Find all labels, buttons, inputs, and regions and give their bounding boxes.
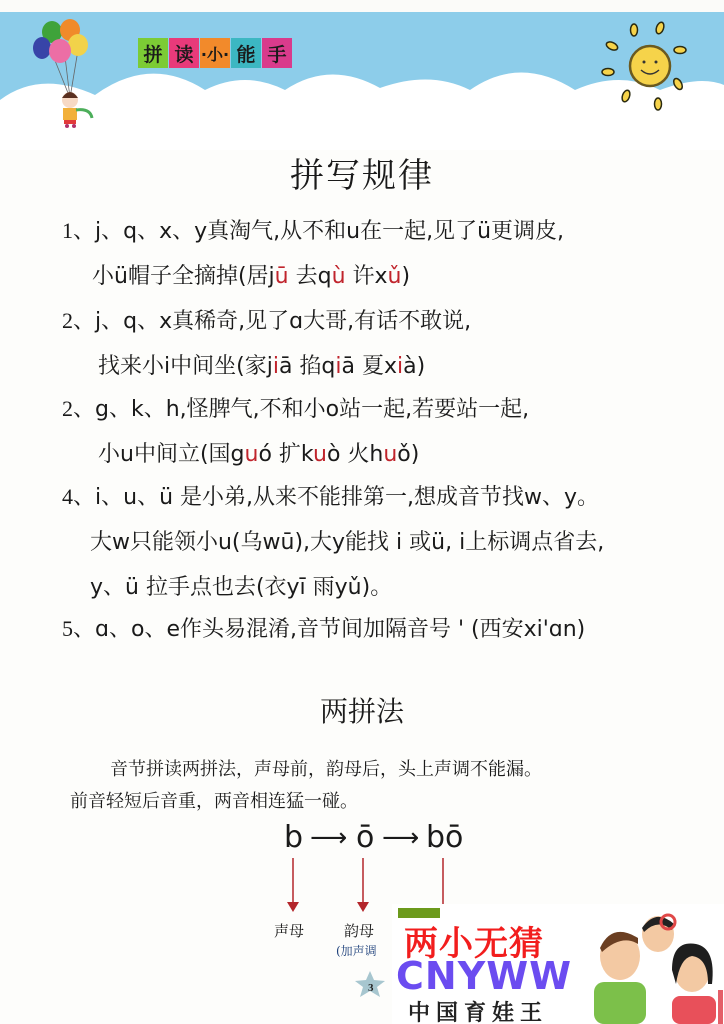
rule-1: 1、j、q、x、y真淘气,从不和u在一起,见了ü更调皮, 小ü帽子全摘掉(居jū… bbox=[62, 208, 564, 299]
balloon-girl-icon bbox=[30, 18, 100, 128]
watermark-logo: 两小无猜 CNYWW 中国育娃王 bbox=[392, 904, 724, 1024]
page-number-star-icon: 3 bbox=[352, 970, 388, 998]
highlight-vowel: u bbox=[383, 442, 397, 467]
rule-text: ā 夏x bbox=[342, 354, 398, 379]
rule-5: 5、ɑ、o、e作头易混淆,音节间加隔音号 ' (西安xi'ɑn) bbox=[62, 606, 585, 652]
arrow-right-icon: ⟶ bbox=[310, 823, 347, 853]
rule-text: ā 掐q bbox=[279, 354, 335, 379]
top-margin bbox=[0, 0, 724, 12]
rule-text: ó 扩k bbox=[258, 442, 313, 467]
rule-text: j、q、x真稀奇,见了ɑ大哥,有话不敢说, bbox=[95, 309, 471, 334]
rule-text: à) bbox=[403, 354, 425, 379]
rule-text: g、k、h,怪脾气,不和小o站一起,若要站一起, bbox=[95, 397, 529, 422]
badge-char: 手 bbox=[262, 38, 292, 68]
rule-text: 找来小i中间坐(家j bbox=[98, 354, 273, 379]
highlight-vowel: u bbox=[245, 442, 259, 467]
paragraph-line-1: 音节拼读两拼法，声母前，韵母后，头上声调不能漏。 bbox=[110, 754, 542, 786]
initial-b: b bbox=[284, 820, 303, 855]
rule-text: 大w只能领小u(乌wū),大y能找 i 或ü, i上标调点省去, bbox=[90, 530, 604, 555]
highlight-vowel: ù bbox=[332, 264, 346, 289]
rule-2: 2、j、q、x真稀奇,见了ɑ大哥,有话不敢说, 找来小i中间坐(家jiā 掐qi… bbox=[62, 298, 471, 389]
rule-text: j、q、x、y真淘气,从不和u在一起,见了ü更调皮, bbox=[95, 219, 564, 244]
rule-number: 4、 bbox=[62, 484, 95, 509]
rule-text: 小u中间立(国g bbox=[98, 442, 245, 467]
section-title-liangpinfa: 两拼法 bbox=[0, 690, 724, 730]
watermark-en: CNYWW bbox=[396, 954, 572, 998]
rule-text: ò 火h bbox=[327, 442, 383, 467]
rule-text: ǒ) bbox=[397, 442, 419, 467]
arrow-right-icon: ⟶ bbox=[382, 823, 419, 853]
rule-text: ɑ、o、e作头易混淆,音节间加隔音号 ' (西安xi'ɑn) bbox=[95, 617, 585, 642]
rule-number: 2、 bbox=[62, 308, 95, 333]
section-badge-pinduxiaonengshou: 拼 读 ·小· 能 手 bbox=[138, 38, 293, 70]
paragraph-line-2: 前音轻短后音重，两音相连猛一碰。 bbox=[70, 786, 358, 818]
badge-char: 能 bbox=[231, 38, 261, 68]
rule-number: 1、 bbox=[62, 218, 95, 243]
label-final-note: (加声调 bbox=[336, 942, 377, 959]
rule-4: 4、i、u、ü 是小弟,从来不能排第一,想成音节找w、y。 大w只能领小u(乌w… bbox=[62, 474, 604, 610]
watermark-sub: 中国育娃王 bbox=[408, 996, 548, 1024]
highlight-vowel: ū bbox=[275, 264, 289, 289]
final-o: ō bbox=[356, 820, 374, 855]
badge-char: ·小· bbox=[200, 38, 230, 68]
rule-number: 5、 bbox=[62, 616, 95, 641]
smiling-sun-icon bbox=[598, 14, 698, 114]
label-final: 韵母 bbox=[344, 920, 374, 941]
rule-3: 2、g、k、h,怪脾气,不和小o站一起,若要站一起, 小u中间立(国guó 扩k… bbox=[62, 386, 529, 477]
badge-char: 读 bbox=[169, 38, 199, 68]
rule-text: ) bbox=[401, 264, 410, 289]
rule-text: i、u、ü 是小弟,从来不能排第一,想成音节找w、y。 bbox=[95, 485, 599, 510]
rule-text: 小ü帽子全摘掉(居j bbox=[92, 264, 275, 289]
badge-char: 拼 bbox=[138, 38, 168, 68]
rule-text: 去q bbox=[289, 264, 332, 289]
rule-text: 许x bbox=[346, 264, 388, 289]
page-title: 拼写规律 bbox=[0, 148, 724, 197]
label-initial: 声母 bbox=[274, 920, 304, 941]
family-cartoon-icon bbox=[572, 904, 724, 1024]
syllable-bo: bō bbox=[426, 820, 463, 855]
rule-number: 2、 bbox=[62, 396, 95, 421]
highlight-vowel: u bbox=[313, 442, 327, 467]
svg-text:3: 3 bbox=[368, 982, 374, 994]
highlight-vowel: ǔ bbox=[388, 264, 402, 289]
rule-text: y、ü 拉手点也去(衣yī 雨yǔ)。 bbox=[90, 575, 392, 600]
